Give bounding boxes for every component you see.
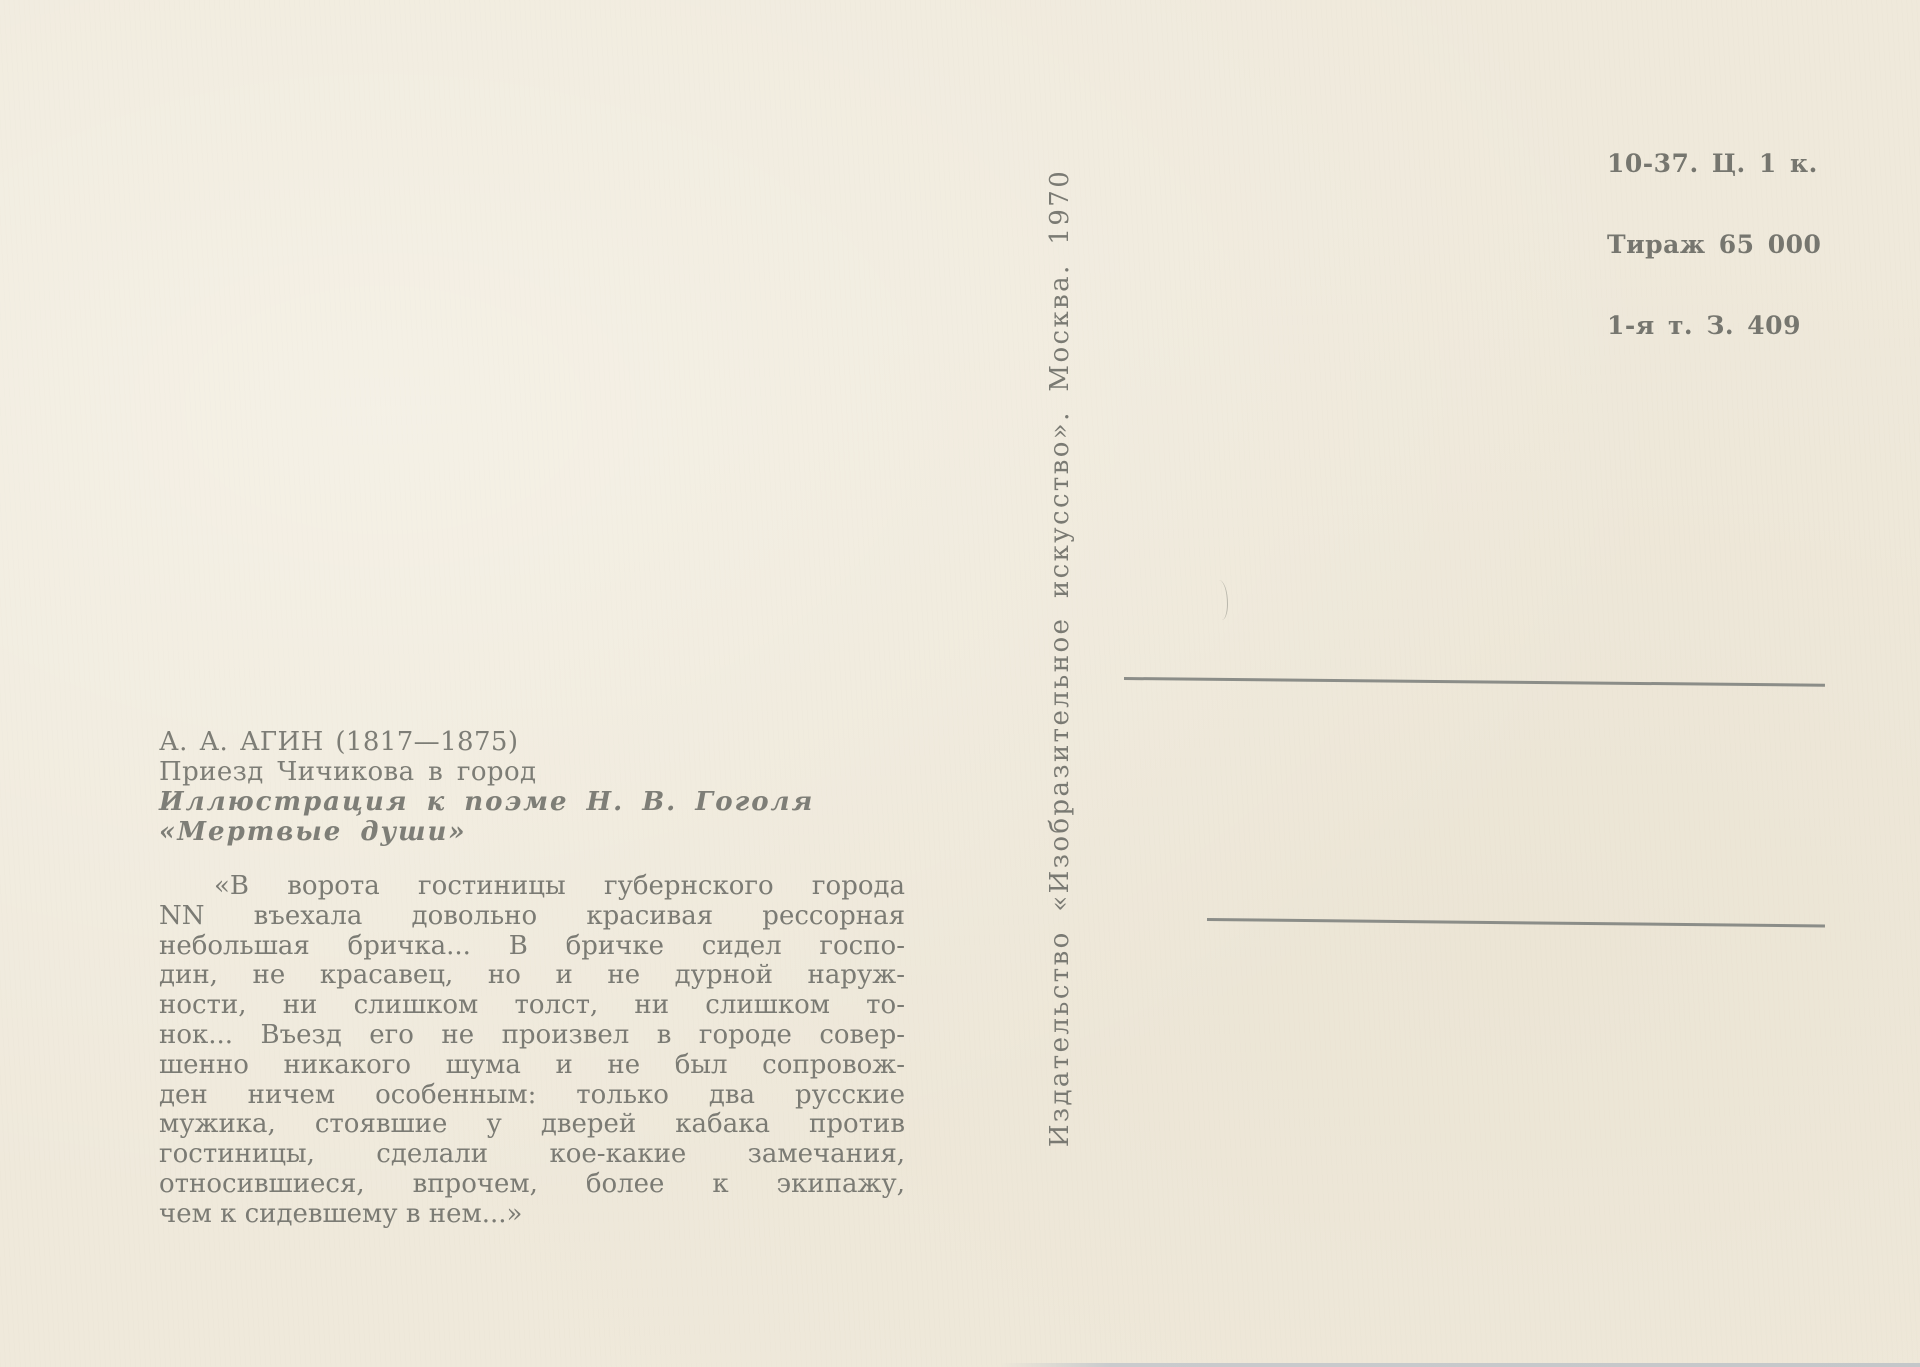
quote-line: нок... Въезд его не произвел в городе со… <box>159 1021 905 1051</box>
address-line-1 <box>1124 677 1825 687</box>
publisher-imprint-text: Издательство «Изобразительное искусство»… <box>1045 169 1075 1147</box>
artist-years: (1817—1875) <box>335 727 518 757</box>
print-info-block: 10-37. Ц. 1 к. Тираж 65 000 1-я т. З. 40… <box>1607 96 1821 393</box>
quote-line: NN въехала довольно красивая рессорная <box>159 902 905 932</box>
print-code: 10-37. Ц. 1 к. <box>1607 150 1821 177</box>
artwork-subtitle: Иллюстрация к поэме Н. В. Гоголя <box>159 787 919 817</box>
quote-line: «В ворота гостиницы губернского города <box>159 872 905 902</box>
quote-line: шенно никакого шума и не был сопровож- <box>159 1051 905 1081</box>
caption-block: А. А. АГИН (1817—1875) Приезд Чичикова в… <box>159 727 919 847</box>
quote-block: «В ворота гостиницы губернского города N… <box>159 872 905 1230</box>
artwork-title: Приезд Чичикова в город <box>159 757 919 787</box>
quote-line: небольшая бричка... В бричке сидел госпо… <box>159 932 905 962</box>
quote-line: мужика, стоявшие у дверей кабака против <box>159 1110 905 1140</box>
quote-line: относившиеся, впрочем, более к экипажу, <box>159 1170 905 1200</box>
quote-line: ности, ни слишком толст, ни слишком то- <box>159 991 905 1021</box>
address-line-2 <box>1207 918 1825 927</box>
print-run: Тираж 65 000 <box>1607 231 1821 258</box>
literary-work-title: «Мертвые души» <box>159 817 919 847</box>
postcard-back: 10-37. Ц. 1 к. Тираж 65 000 1-я т. З. 40… <box>0 0 1920 1367</box>
paper-fiber-mark <box>1213 580 1228 620</box>
artist-name: А. А. АГИН <box>159 727 324 757</box>
quote-line: дин, не красавец, но и не дурной наруж- <box>159 961 905 991</box>
scan-edge-strip <box>1000 1363 1920 1367</box>
quote-line: ден ничем особенным: только два русские <box>159 1081 905 1111</box>
print-order: 1-я т. З. 409 <box>1607 312 1821 339</box>
quote-line: гостиницы, сделали кое-какие замечания, <box>159 1140 905 1170</box>
quote-line: чем к сидевшему в нем...» <box>159 1200 905 1230</box>
artist-line: А. А. АГИН (1817—1875) <box>159 727 919 757</box>
